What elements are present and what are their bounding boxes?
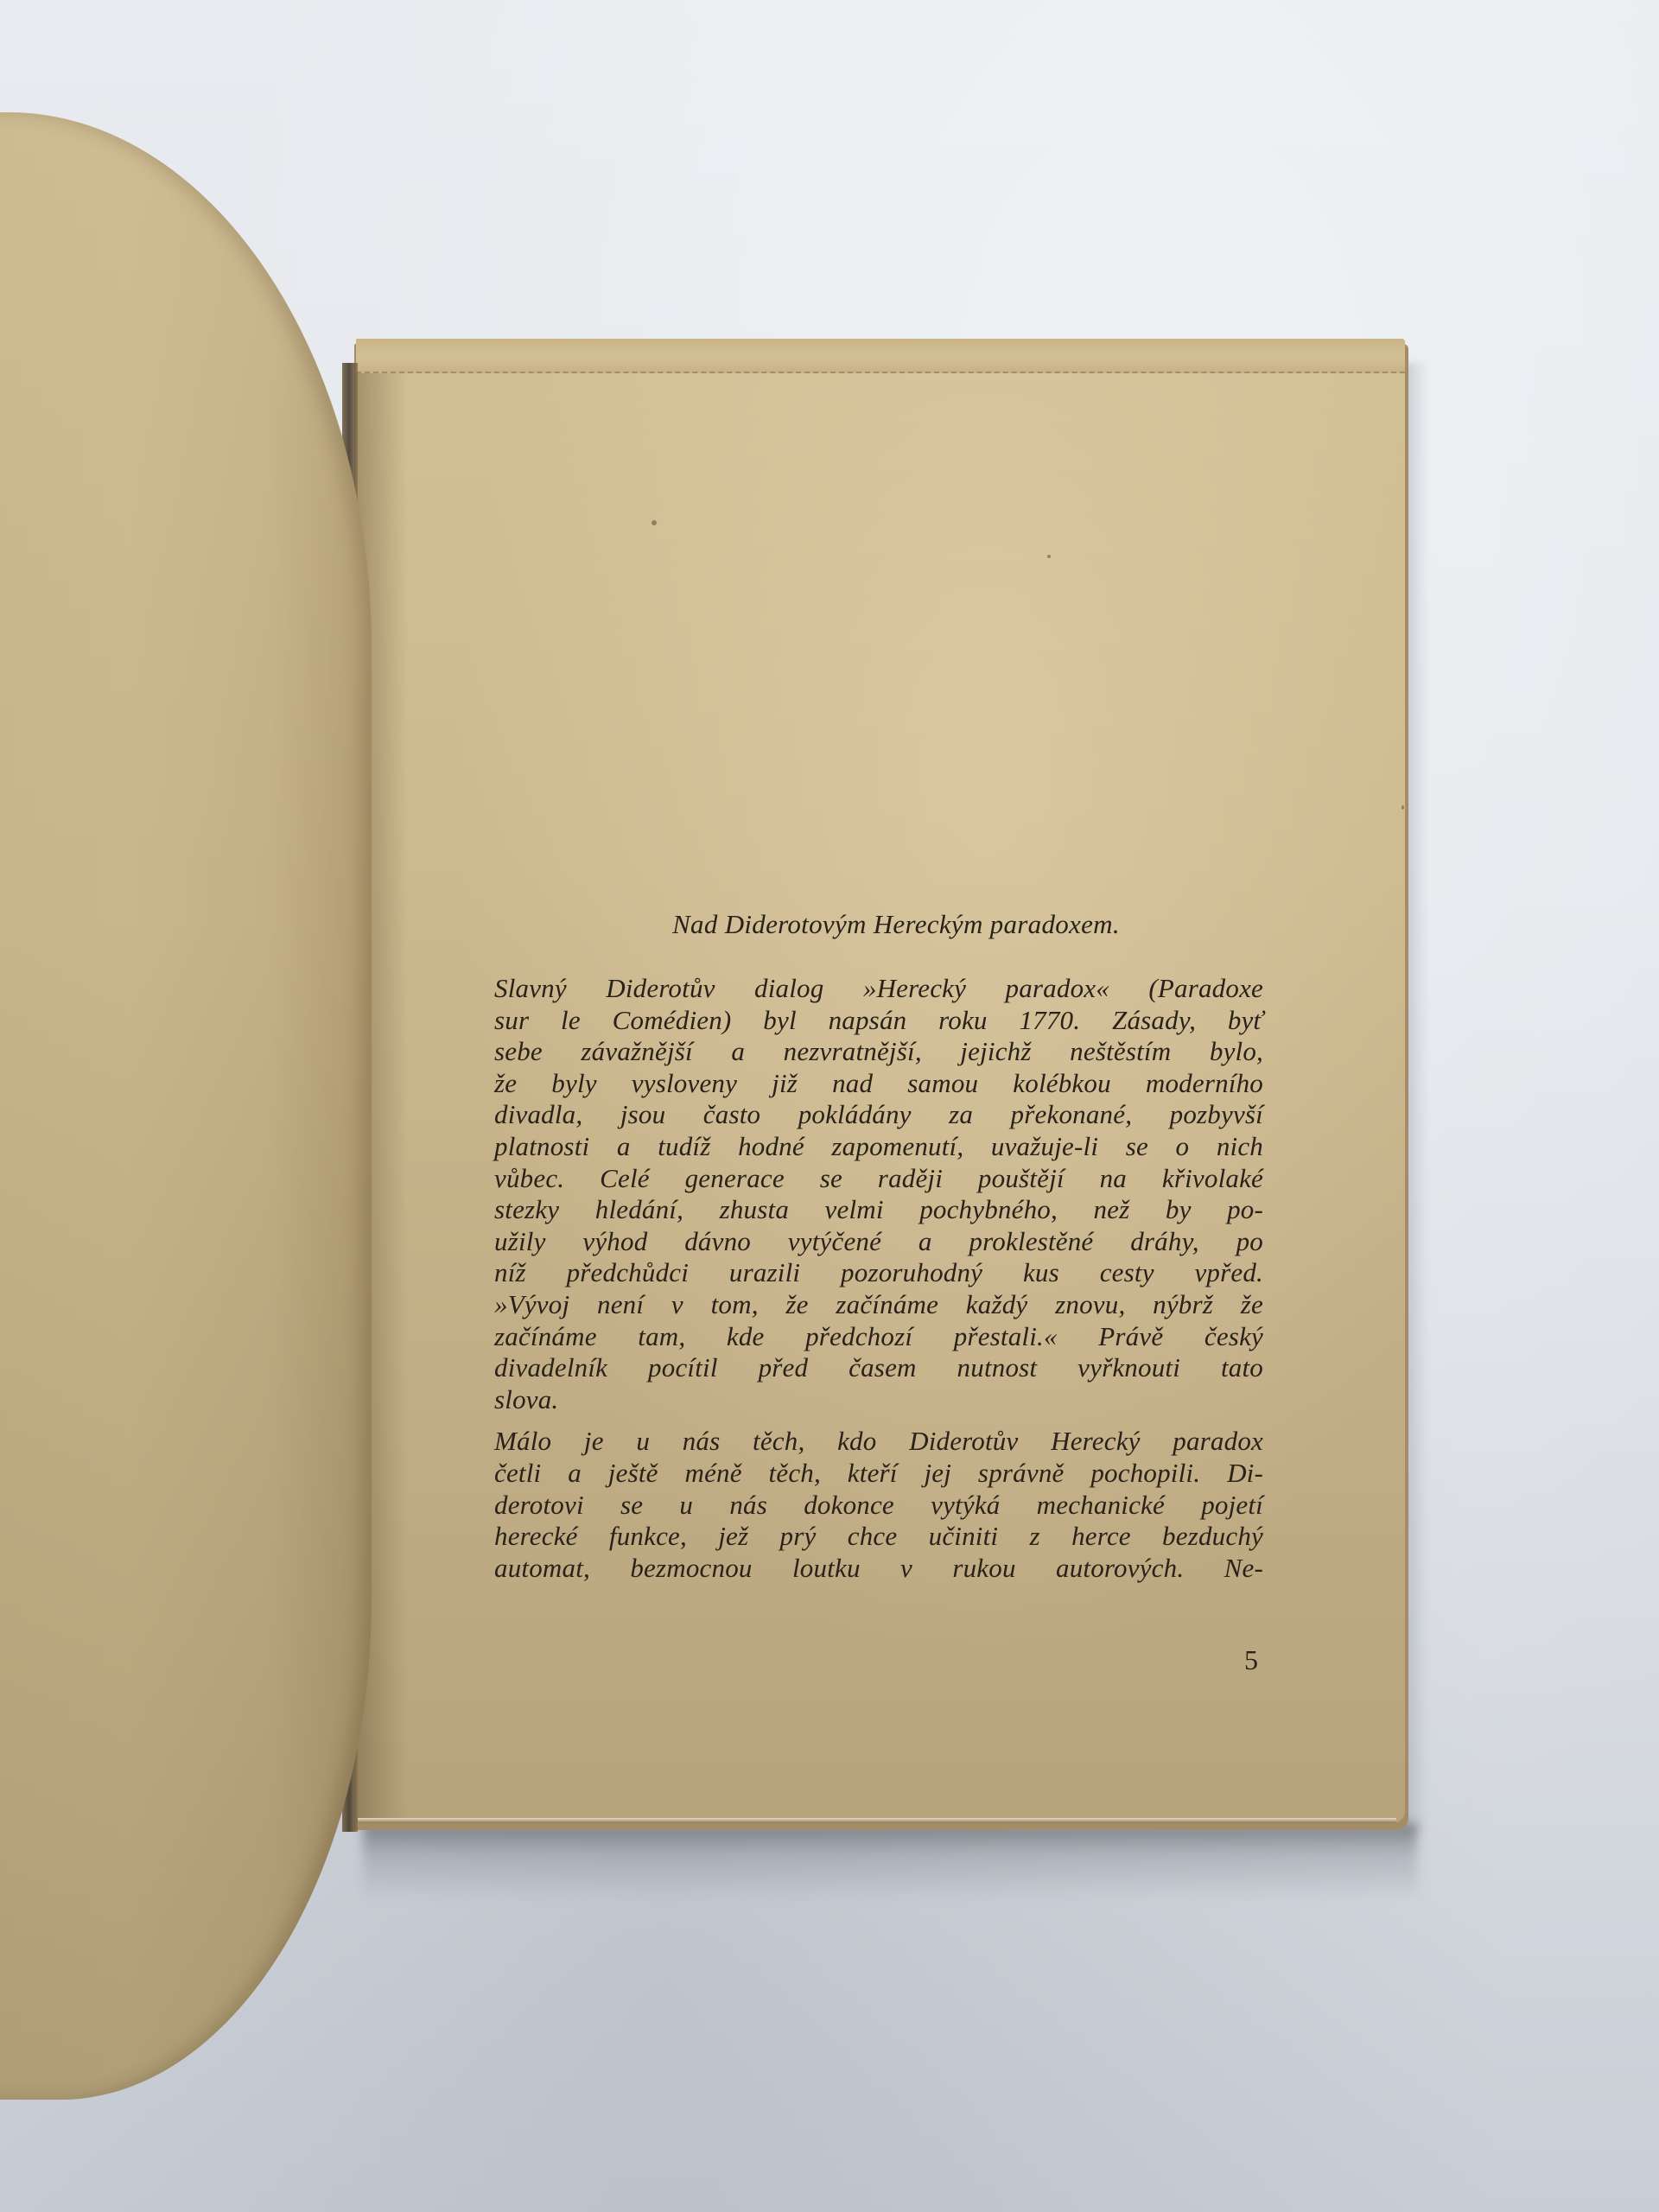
text-line: divadelník pocítil před časem nutnost vy… — [494, 1352, 1263, 1384]
text-line: užily výhod dávno vytýčené a proklestěné… — [494, 1226, 1263, 1258]
text-line: Slavný Diderotův dialog »Herecký paradox… — [494, 973, 1263, 1005]
paper-speck — [1047, 555, 1051, 558]
book-shadow — [363, 1823, 1417, 1901]
text-line: Málo je u nás těch, kdo Diderotův Hereck… — [494, 1426, 1263, 1458]
paragraph-2: Málo je u nás těch, kdo Diderotův Hereck… — [494, 1426, 1263, 1584]
text-line: automat, bezmocnou loutku v rukou autoro… — [494, 1553, 1263, 1585]
text-line: slova. — [494, 1384, 1263, 1416]
text-line: že byly vysloveny již nad samou kolébkou… — [494, 1068, 1263, 1100]
text-line: stezky hledání, zhusta velmi pochybného,… — [494, 1194, 1263, 1226]
left-page — [0, 112, 372, 2100]
page-number: 5 — [1244, 1644, 1258, 1676]
paragraph-1: Slavný Diderotův dialog »Herecký paradox… — [494, 973, 1263, 1415]
page-bottom-edge — [358, 1818, 1396, 1823]
chapter-title: Nad Diderotovým Hereckým paradoxem. — [494, 909, 1263, 940]
text-line: sebe závažnější a nezvratnější, jejichž … — [494, 1036, 1263, 1068]
text-block: Nad Diderotovým Hereckým paradoxem. Slav… — [494, 909, 1263, 1584]
text-line: níž předchůdci urazili pozoruhodný kus c… — [494, 1257, 1263, 1289]
text-line: divadla, jsou často pokládány za překona… — [494, 1099, 1263, 1131]
text-line: »Vývoj není v tom, že začínáme každý zno… — [494, 1289, 1263, 1321]
text-line: četli a ještě méně těch, kteří jej správ… — [494, 1458, 1263, 1490]
paper-speck — [1402, 805, 1404, 810]
text-line: začínáme tam, kde předchozí přestali.« P… — [494, 1321, 1263, 1353]
text-line: vůbec. Celé generace se raději pouštějí … — [494, 1163, 1263, 1195]
text-line: platnosti a tudíž hodné zapomenutí, uvaž… — [494, 1131, 1263, 1163]
text-line: herecké funkce, jež prý chce učiniti z h… — [494, 1521, 1263, 1553]
page-top-edge — [356, 339, 1405, 373]
right-page: Nad Diderotovým Hereckým paradoxem. Slav… — [356, 339, 1405, 1823]
paper-speck — [652, 520, 657, 525]
text-line: derotovi se u nás dokonce vytýká mechani… — [494, 1490, 1263, 1522]
text-line: sur le Comédien) byl napsán roku 1770. Z… — [494, 1005, 1263, 1037]
